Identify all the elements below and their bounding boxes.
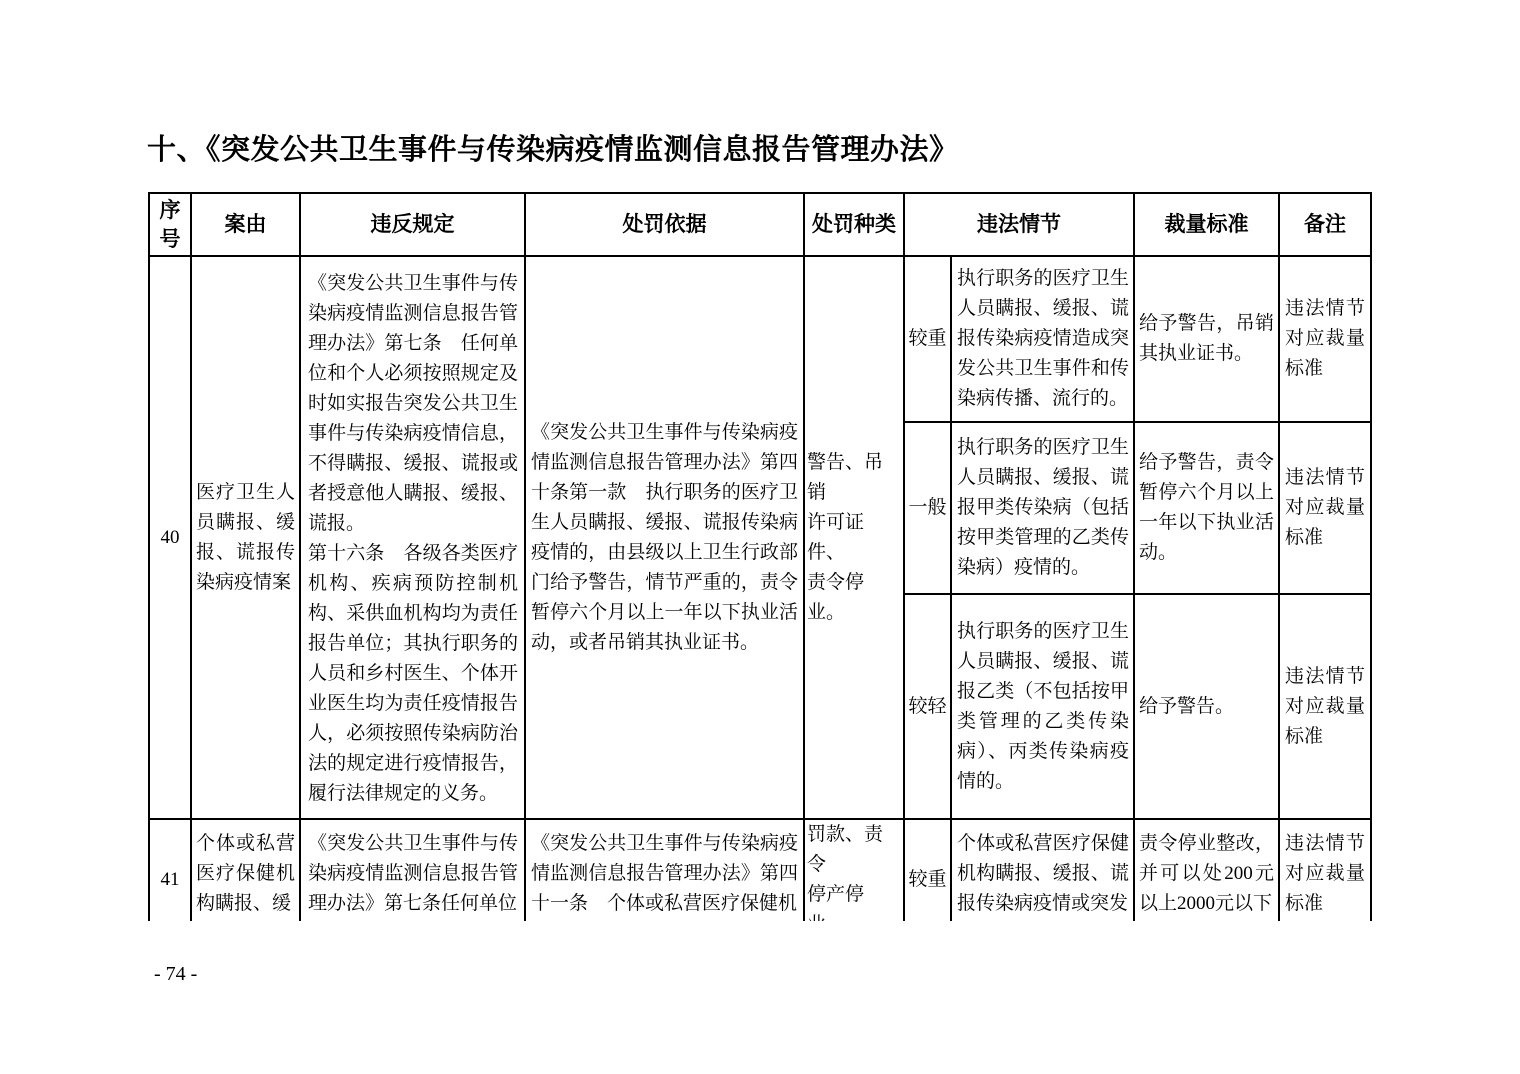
violation-paragraph-1: 《突发公共卫生事件与传染病疫情监测信息报告管理办法》第七条 任何单位和个人必须按… [308,269,518,539]
cell-row40-note-minor: 违法情节对应裁量标准 [1280,595,1372,820]
cell-row40-case: 医疗卫生人员瞒报、缓报、谎报传染病疫情案 [192,257,301,820]
cell-row41-note: 违法情节对应裁量标准 [1280,820,1372,921]
page-number: - 74 - [154,960,197,988]
cell-row40-note-general: 违法情节对应裁量标准 [1280,423,1372,595]
cell-row40-basis: 《突发公共卫生事件与传染病疫情监测信息报告管理办法》第四十条第一款 执行职务的医… [526,257,805,820]
cell-row40-standard-severe: 给予警告，吊销其执业证书。 [1135,257,1280,423]
cell-row40-standard-general: 给予警告，责令暂停六个月以上一年以下执业活动。 [1135,423,1280,595]
cell-row40-grade-minor: 较轻 [905,595,952,820]
cell-row40-grade-general: 一般 [905,423,952,595]
col-header-note: 备注 [1280,194,1372,257]
col-header-violation: 违反规定 [301,194,526,257]
cell-row41-grade-severe: 较重 [905,820,952,921]
cell-row41-basis: 《突发公共卫生事件与传染病疫情监测信息报告管理办法》第四十一条 个体或私营医疗保… [526,820,805,921]
penalty-standards-table: 序号 案由 违反规定 处罚依据 处罚种类 违法情节 裁量标准 备注 40 医疗卫… [148,192,1372,921]
col-header-standard: 裁量标准 [1135,194,1280,257]
table-header-row: 序号 案由 违反规定 处罚依据 处罚种类 违法情节 裁量标准 备注 [150,194,1372,257]
cell-row40-circumstance-severe: 执行职务的医疗卫生人员瞒报、缓报、谎报传染病疫情造成突发公共卫生事件和传染病传播… [952,257,1135,423]
cell-row41-violation: 《突发公共卫生事件与传染病疫情监测信息报告管理办法》第七条任何单位 [301,820,526,921]
cell-row40-violation: 《突发公共卫生事件与传染病疫情监测信息报告管理办法》第七条 任何单位和个人必须按… [301,257,526,820]
page-title: 十、《突发公共卫生事件与传染病疫情监测信息报告管理办法》 [147,131,959,169]
col-header-circumstance: 违法情节 [905,194,1135,257]
row-40-severe: 40 医疗卫生人员瞒报、缓报、谎报传染病疫情案 《突发公共卫生事件与传染病疫情监… [150,257,1372,423]
col-header-no: 序号 [150,194,192,257]
col-header-case: 案由 [192,194,301,257]
cell-row41-penalty-type: 罚款、责令 停产停业。 [805,820,905,921]
col-header-basis: 处罚依据 [526,194,805,257]
cell-row40-no: 40 [150,257,192,820]
table-container: 序号 案由 违反规定 处罚依据 处罚种类 违法情节 裁量标准 备注 40 医疗卫… [148,192,1378,921]
col-header-penalty-type: 处罚种类 [805,194,905,257]
cell-row40-grade-severe: 较重 [905,257,952,423]
row-41: 41 个体或私营医疗保健机构瞒报、缓 《突发公共卫生事件与传染病疫情监测信息报告… [150,820,1372,921]
cell-row40-circumstance-minor: 执行职务的医疗卫生人员瞒报、缓报、谎报乙类（不包括按甲类管理的乙类传染病）、丙类… [952,595,1135,820]
violation-paragraph-2: 第十六条 各级各类医疗机构、疾病预防控制机构、采供血机构均为责任报告单位；其执行… [308,539,518,809]
cell-row40-note-severe: 违法情节对应裁量标准 [1280,257,1372,423]
cell-row40-standard-minor: 给予警告。 [1135,595,1280,820]
cell-row40-penalty-type: 警告、吊销 许可证件、 责令停业。 [805,257,905,820]
cell-row41-case: 个体或私营医疗保健机构瞒报、缓 [192,820,301,921]
cell-row41-no: 41 [150,820,192,921]
cell-row40-circumstance-general: 执行职务的医疗卫生人员瞒报、缓报、谎报甲类传染病（包括按甲类管理的乙类传染病）疫… [952,423,1135,595]
cell-row41-circumstance: 个体或私营医疗保健机构瞒报、缓报、谎报传染病疫情或突发 [952,820,1135,921]
cell-row41-standard: 责令停业整改，并可以处200元以上2000元以下 [1135,820,1280,921]
